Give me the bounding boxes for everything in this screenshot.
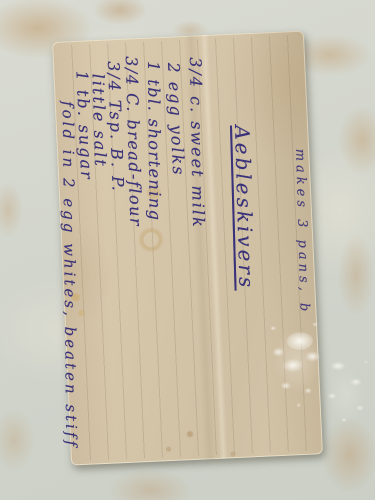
recipe-line-shortening: 1 tbl. shortening [144, 61, 165, 222]
recipe-line-egg-whites: fold in 2 egg whites, beaten stiff [59, 101, 81, 449]
photo-recipe-card: makes 3 pans, b Aebleskivers 3/4 c. swee… [0, 0, 375, 500]
recipe-card: makes 3 pans, b Aebleskivers 3/4 c. swee… [52, 31, 323, 466]
recipe-line-milk: 3/4 c. sweet milk [186, 57, 208, 229]
flour-powder-on-counter [318, 348, 375, 440]
recipe-title: Aebleskivers [230, 125, 259, 291]
